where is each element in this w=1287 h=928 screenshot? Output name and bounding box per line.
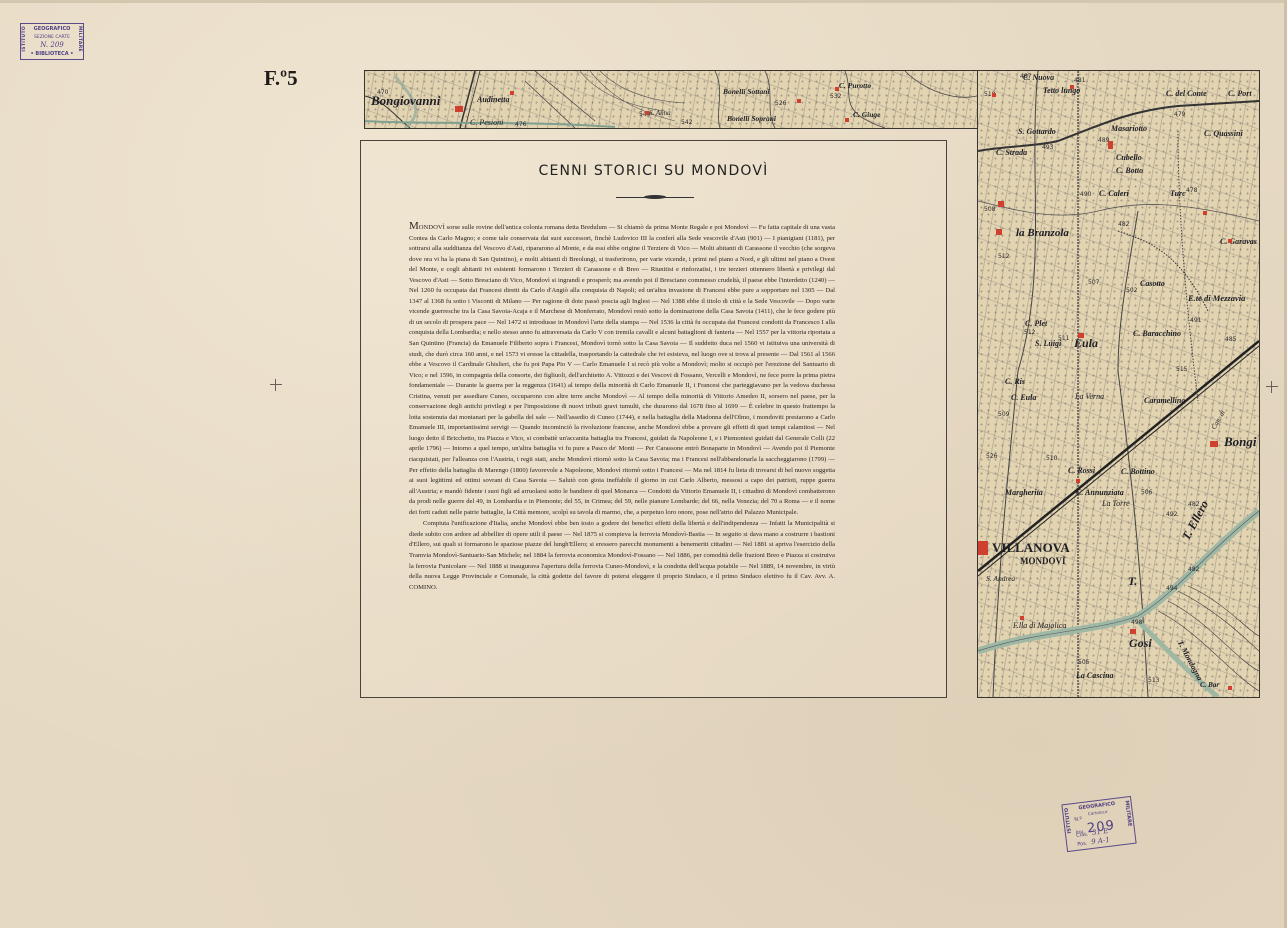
pos-value: 9 A-1 — [1091, 836, 1110, 846]
place-label: Masariotto — [1111, 124, 1147, 133]
stamp-line4: • BIBLIOTECA • — [30, 51, 74, 57]
place-label: Gosi — [1129, 636, 1152, 651]
place-label: C. Caleri — [1099, 189, 1129, 198]
pos-label: Pos. — [1077, 841, 1088, 848]
place-label: C. Quassini — [1204, 129, 1243, 138]
place-label: C. Bottino — [1121, 467, 1155, 476]
stamp-line1: GEOGRAFICO — [30, 26, 74, 32]
elevation-label: 478 — [1186, 187, 1197, 194]
settlement-marker — [1228, 686, 1232, 690]
registration-cross-icon — [270, 379, 282, 391]
elevation-label: 512 — [1024, 329, 1035, 336]
historical-notes-panel: CENNI STORICI SU MONDOVÌ MONDOVÌ sorse s… — [360, 140, 947, 698]
paragraph-1-text: ONDOVÌ sorse sulle rovine dell'antica co… — [409, 224, 835, 516]
place-label: Caramellino — [1144, 396, 1185, 405]
place-label: Bongi — [1224, 434, 1257, 450]
elevation-label: 493 — [1042, 144, 1053, 151]
elevation-label: 505 — [1078, 659, 1089, 666]
sheet-number-label: F.º5 — [264, 66, 298, 91]
settlement-marker — [1020, 616, 1024, 620]
paragraph-1: MONDOVÌ sorse sulle rovine dell'antica c… — [409, 221, 835, 518]
elevation-label: 542 — [681, 119, 692, 126]
place-label: La Cascina — [1076, 671, 1114, 680]
place-label: C. Ris — [1005, 377, 1025, 386]
place-label: C. Rossi — [1068, 466, 1095, 475]
elevation-label: 502 — [1126, 287, 1137, 294]
place-label: C. Bar — [1200, 681, 1219, 689]
registration-cross-icon — [1266, 381, 1278, 393]
place-label: Bonelli Sottani — [723, 87, 769, 96]
settlement-marker — [1228, 239, 1232, 243]
place-label: E.te di Mezzavia — [1188, 293, 1245, 303]
settlement-marker — [1130, 629, 1136, 634]
elevation-label: 526 — [986, 453, 997, 460]
elevation-label: 491 — [1190, 317, 1201, 324]
town-label-villanova: VILLANOVA — [992, 540, 1070, 556]
settlement-marker — [797, 99, 801, 103]
settlement-marker — [992, 93, 996, 97]
place-label: La Verna — [1075, 392, 1104, 401]
place-label: C. Strada — [996, 148, 1027, 157]
stamp-left-text: ISTITUTO — [22, 26, 27, 52]
place-label: T. — [1128, 574, 1137, 589]
settlement-marker — [845, 118, 849, 122]
elevation-label: 479 — [1174, 111, 1185, 118]
map-panel-right: C. Nuova Tetto lungo C. del Conte C. Por… — [977, 70, 1260, 698]
place-label: Cubello — [1116, 153, 1142, 162]
place-label: La Torre — [1102, 499, 1130, 508]
place-label: S. Gottardo — [1018, 127, 1056, 136]
place-label: C. Eula — [1011, 393, 1036, 402]
stamp-right-text: MILITARE — [1123, 800, 1132, 827]
elevation-label: 482 — [1188, 566, 1199, 573]
elevation-label: 470 — [377, 89, 388, 96]
elevation-label: 507 — [1088, 279, 1099, 286]
place-label: Casotto — [1140, 279, 1165, 288]
settlement-marker — [645, 111, 649, 115]
elevation-label: 492 — [1166, 511, 1177, 518]
document-title: CENNI STORICI SU MONDOVÌ — [361, 163, 946, 179]
drop-cap: M — [409, 220, 419, 232]
place-label: C. Purotto — [839, 81, 871, 90]
settlement-marker — [1210, 441, 1218, 447]
elevation-label: 508 — [984, 206, 995, 213]
place-label: C. del Conte — [1166, 89, 1207, 98]
place-label: S. Anna — [649, 109, 671, 117]
stamp-left-text: ISTITUTO — [1064, 807, 1073, 833]
town-label-mondovi: MONDOVÌ — [1020, 556, 1066, 566]
stamp-line2: SEZIONE CARTE — [30, 35, 74, 40]
settlement-marker — [978, 541, 988, 555]
elevation-label: 526 — [775, 100, 786, 107]
elevation-label: 509 — [998, 411, 1009, 418]
elevation-label: 511 — [1058, 335, 1069, 342]
elevation-label: 485 — [1225, 336, 1236, 343]
elevation-label: 512 — [998, 253, 1009, 260]
elevation-label: 513 — [1148, 677, 1159, 684]
place-label: Bonelli Soprani — [727, 114, 776, 123]
stamp-right-text: MILITARE — [77, 26, 82, 52]
place-label: Audinetta — [477, 95, 509, 104]
place-label: Eula — [1074, 336, 1098, 351]
elevation-label: 532 — [830, 93, 841, 100]
elevation-label: 515 — [1176, 366, 1187, 373]
elevation-label: 510 — [1046, 455, 1057, 462]
place-label: C. Giuge — [853, 110, 881, 119]
place-label: S. Andrea — [986, 574, 1015, 583]
library-stamp-bottom-right: ISTITUTO MILITARE GEOGRAFICO Cartoteca N… — [1061, 796, 1136, 852]
place-label: Turc — [1170, 189, 1186, 198]
elevation-label: 481 — [1074, 77, 1085, 84]
elevation-label: 494 — [1166, 585, 1177, 592]
place-label: C. Garavas — [1220, 237, 1257, 246]
elevation-label: 490 — [1080, 191, 1091, 198]
settlement-marker — [998, 201, 1004, 207]
elevation-label: 476 — [515, 121, 526, 128]
settlement-marker — [510, 91, 514, 95]
place-label: C. Annunziata — [1076, 488, 1124, 497]
place-label: la Branzola — [1016, 227, 1069, 239]
place-label: C. Plet — [1025, 319, 1047, 328]
settlement-marker — [1078, 333, 1084, 338]
elevation-label: 506 — [1141, 489, 1152, 496]
settlement-marker — [1203, 211, 1207, 215]
place-label: Tetto lungo — [1043, 86, 1080, 95]
elevation-label: 482 — [1188, 501, 1199, 508]
place-label: C. Botto — [1116, 166, 1143, 175]
elevation-label: 482 — [1118, 221, 1129, 228]
title-ornament-divider — [616, 195, 694, 199]
place-label: F.lla di Majolica — [1013, 621, 1066, 630]
settlement-marker — [1108, 141, 1113, 149]
paper-top-edge — [0, 0, 1287, 3]
settlement-marker — [835, 87, 839, 91]
elevation-label: 487 — [1020, 73, 1031, 80]
place-label: C. Port — [1228, 89, 1252, 98]
settlement-marker — [1070, 85, 1074, 89]
paragraph-2: Compiuta l'unificazione d'Italia, anche … — [409, 519, 835, 593]
map-strip-top: Bongiovanni Audinetta C. Pesioni S. Anna… — [364, 70, 978, 129]
library-stamp-top-left: ISTITUTO MILITARE GEOGRAFICO SEZIONE CAR… — [20, 23, 84, 60]
document-body: MONDOVÌ sorse sulle rovine dell'antica c… — [409, 221, 835, 593]
elevation-label: 498 — [1131, 619, 1142, 626]
settlement-marker — [1076, 479, 1080, 483]
place-label: Margherita — [1005, 488, 1043, 497]
settlement-marker — [455, 106, 463, 112]
place-label: C. Pesioni — [470, 118, 503, 127]
map-lines-top — [365, 71, 977, 128]
place-label: C. Baracchino — [1133, 329, 1181, 338]
settlement-marker — [996, 229, 1002, 235]
stamp-line3: N. 209 — [30, 41, 74, 49]
